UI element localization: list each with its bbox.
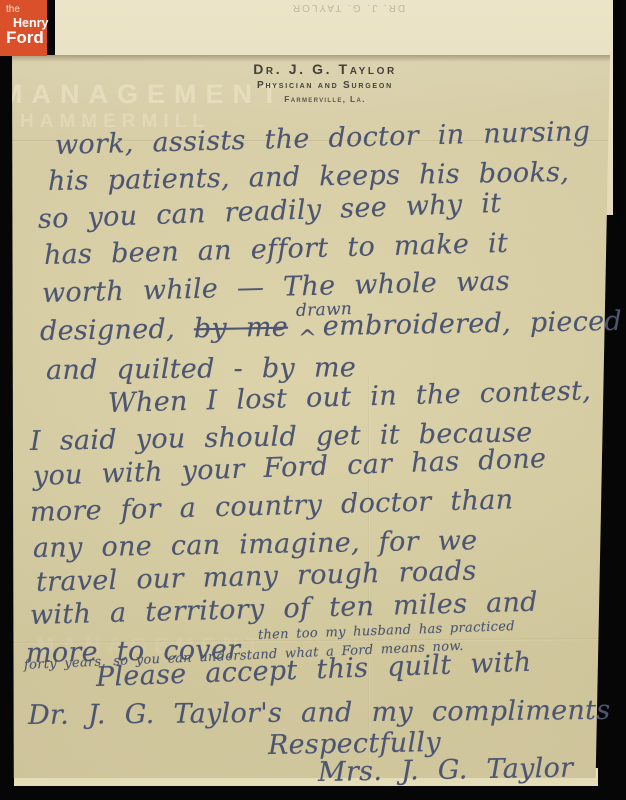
letterhead-name: Dr. J. G. Taylor: [160, 61, 490, 77]
handwriting-segment: designed,: [40, 314, 176, 347]
letter-photo: DR. J. G. TAYLOR MANAGEMENT HAMMERMILL M…: [0, 0, 626, 800]
logo-text-ford: Ford: [6, 28, 44, 48]
letterhead: Dr. J. G. Taylor Physician and Surgeon F…: [160, 61, 490, 104]
signature-name: Mrs. J. G. Taylor: [318, 753, 574, 788]
henry-ford-logo: the Henry Ford: [0, 0, 47, 56]
insertion-caret: ^: [298, 326, 317, 351]
letterhead-title: Physician and Surgeon: [160, 80, 490, 91]
letterhead-location: Farmerville, La.: [160, 94, 490, 104]
handwriting-line: Dr. J. G. Taylor's and my compliments: [28, 695, 611, 731]
handwriting-line: and quilted - by me: [46, 352, 356, 386]
showthrough-text: DR. J. G. TAYLOR: [283, 2, 413, 13]
struck-out-text: by me: [194, 312, 289, 345]
logo-text-the: the: [6, 4, 20, 15]
handwriting-segment: embroidered, pieced: [322, 306, 622, 342]
